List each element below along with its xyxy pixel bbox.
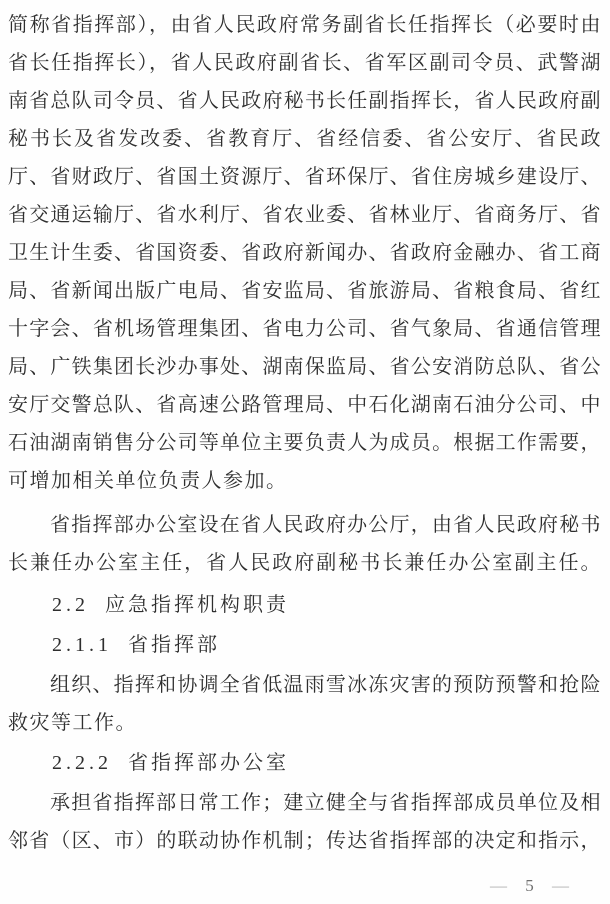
paragraph: 简称省指挥部），由省人民政府常务副省长任指挥长（必要时由省长任指挥长），省人民政… — [8, 6, 601, 500]
text-line: 长兼任办公室主任，省人民政府副秘书长兼任办公室副主任。 — [8, 544, 601, 582]
section-number: 2.2 — [52, 594, 89, 616]
section-number: 2.1.1 — [52, 634, 112, 656]
section-heading: 2.2.2省指挥部办公室 — [8, 744, 601, 782]
text-line: 邻省（区、市）的联动协作机制；传达省指挥部的决定和指示， — [8, 822, 601, 860]
section-heading: 2.1.1省指挥部 — [8, 626, 601, 664]
section-title: 省指挥部办公室 — [128, 752, 289, 774]
text-line: 省交通运输厅、省水利厅、省农业委、省林业厅、省商务厅、省 — [8, 196, 601, 234]
text-line: 省指挥部办公室设在省人民政府办公厅，由省人民政府秘书 — [8, 506, 601, 544]
text-line: 简称省指挥部），由省人民政府常务副省长任指挥长（必要时由 — [8, 6, 601, 44]
section-number: 2.2.2 — [52, 752, 112, 774]
footer-page-number: 5 — [525, 876, 535, 895]
paragraph: 承担省指挥部日常工作；建立健全与省指挥部成员单位及相邻省（区、市）的联动协作机制… — [8, 784, 601, 860]
text-line: 南省总队司令员、省人民政府秘书长任副指挥长，省人民政府副 — [8, 82, 601, 120]
paragraph: 组织、指挥和协调全省低温雨雪冰冻灾害的预防预警和抢险救灾等工作。 — [8, 666, 601, 742]
text-line: 救灾等工作。 — [8, 704, 601, 742]
footer-left-dash: — — [490, 876, 508, 895]
text-line: 秘书长及省发改委、省教育厅、省经信委、省公安厅、省民政 — [8, 120, 601, 158]
text-line: 厅、省财政厅、省国土资源厅、省环保厅、省住房城乡建设厅、 — [8, 158, 601, 196]
section-title: 省指挥部 — [128, 634, 220, 656]
text-line: 石油湖南销售分公司等单位主要负责人为成员。根据工作需要， — [8, 424, 601, 462]
text-line: 省长任指挥长），省人民政府副省长、省军区副司令员、武警湖 — [8, 44, 601, 82]
text-line: 承担省指挥部日常工作；建立健全与省指挥部成员单位及相 — [8, 784, 601, 822]
page-number-footer: — 5 — — [490, 876, 570, 896]
text-line: 安厅交警总队、省高速公路管理局、中石化湖南石油分公司、中 — [8, 386, 601, 424]
paragraph: 省指挥部办公室设在省人民政府办公厅，由省人民政府秘书长兼任办公室主任，省人民政府… — [8, 506, 601, 582]
text-line: 局、省新闻出版广电局、省安监局、省旅游局、省粮食局、省红 — [8, 272, 601, 310]
section-title: 应急指挥机构职责 — [105, 594, 289, 616]
text-line: 十字会、省机场管理集团、省电力公司、省气象局、省通信管理 — [8, 310, 601, 348]
document-page: 简称省指挥部），由省人民政府常务副省长任指挥长（必要时由省长任指挥长），省人民政… — [0, 0, 610, 904]
text-line: 组织、指挥和协调全省低温雨雪冰冻灾害的预防预警和抢险 — [8, 666, 601, 704]
footer-right-dash: — — [552, 876, 570, 895]
text-line: 局、广铁集团长沙办事处、湖南保监局、省公安消防总队、省公 — [8, 348, 601, 386]
text-line: 卫生计生委、省国资委、省政府新闻办、省政府金融办、省工商 — [8, 234, 601, 272]
text-line: 可增加相关单位负责人参加。 — [8, 462, 601, 500]
section-heading: 2.2应急指挥机构职责 — [8, 586, 601, 624]
document-body: 简称省指挥部），由省人民政府常务副省长任指挥长（必要时由省长任指挥长），省人民政… — [8, 6, 601, 860]
